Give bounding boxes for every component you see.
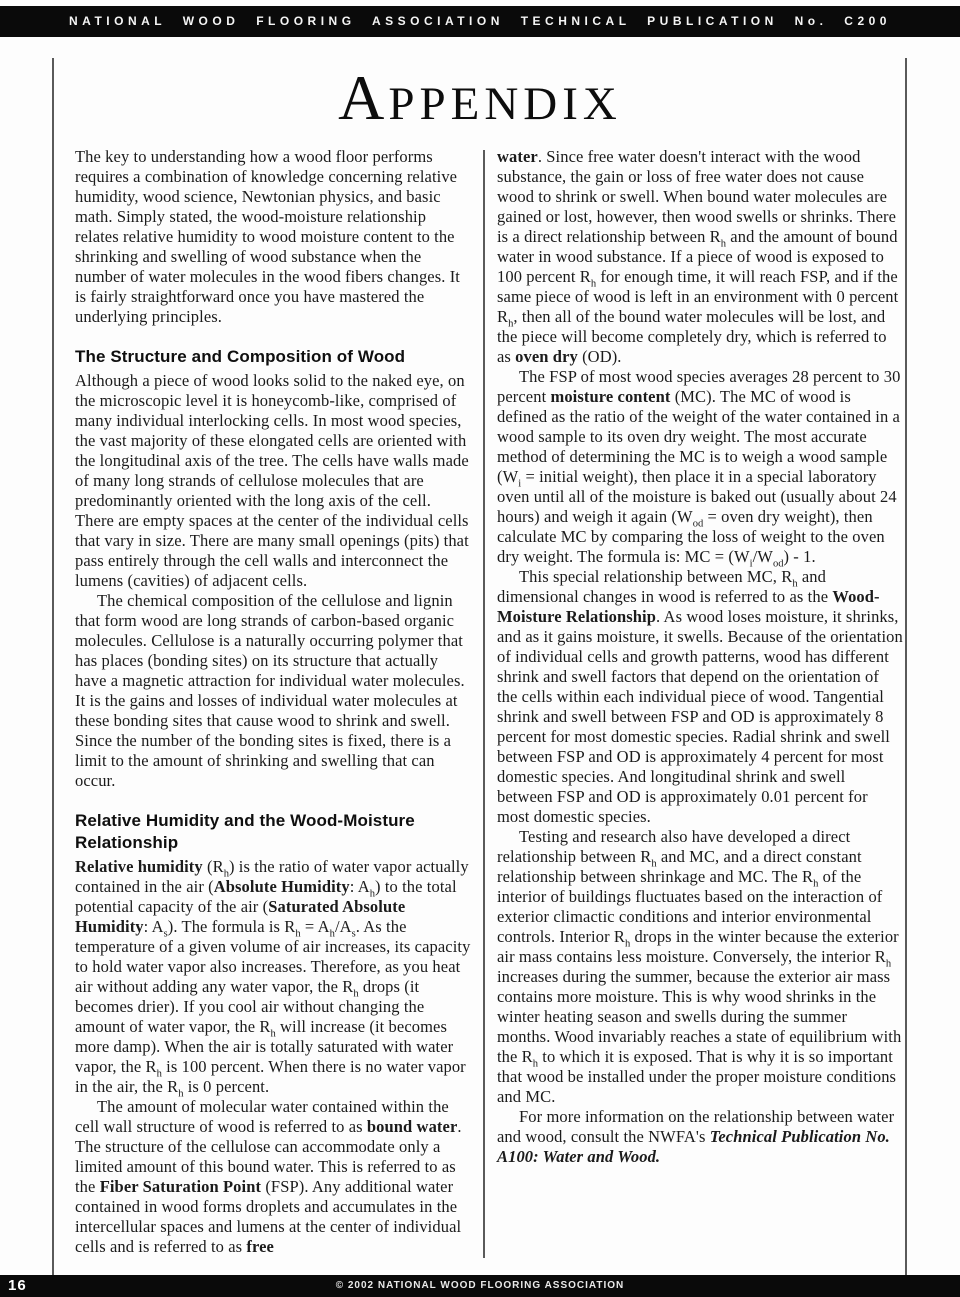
paragraph: For more information on the relationship… (497, 1107, 903, 1167)
paragraph: Testing and research also have developed… (497, 827, 903, 1107)
publication-header-bar: NATIONAL WOOD FLOORING ASSOCIATION TECHN… (0, 6, 960, 37)
page-border-left (52, 58, 54, 1275)
article-body: The key to understanding how a wood floo… (75, 147, 903, 1257)
page-border-right (905, 58, 907, 1275)
document-page: NATIONAL WOOD FLOORING ASSOCIATION TECHN… (0, 0, 960, 1297)
publication-header-text: NATIONAL WOOD FLOORING ASSOCIATION TECHN… (69, 6, 891, 37)
paragraph: The key to understanding how a wood floo… (75, 147, 472, 327)
footer-bar: © 2002 NATIONAL WOOD FLOORING ASSOCIATIO… (0, 1275, 960, 1297)
paragraph: The amount of molecular water contained … (75, 1097, 472, 1257)
paragraph: This special relationship between MC, Rh… (497, 567, 903, 827)
section-heading: The Structure and Composition of Wood (75, 346, 472, 368)
page-title-rest: PPENDIX (388, 78, 621, 130)
paragraph: water. Since free water doesn't interact… (497, 147, 903, 367)
section-heading: Relative Humidity and the Wood-Moisture … (75, 810, 472, 854)
paragraph: Relative humidity (Rh) is the ratio of w… (75, 857, 472, 1097)
paragraph: Although a piece of wood looks solid to … (75, 371, 472, 591)
page-title-initial: A (338, 62, 388, 133)
copyright-text: © 2002 NATIONAL WOOD FLOORING ASSOCIATIO… (0, 1275, 960, 1297)
paragraph: The FSP of most wood species averages 28… (497, 367, 903, 567)
column-left: The key to understanding how a wood floo… (75, 147, 472, 1257)
page-title: APPENDIX (0, 66, 960, 130)
page-number: 16 (8, 1275, 27, 1297)
column-right: water. Since free water doesn't interact… (497, 147, 903, 1257)
paragraph: The chemical composition of the cellulos… (75, 591, 472, 791)
